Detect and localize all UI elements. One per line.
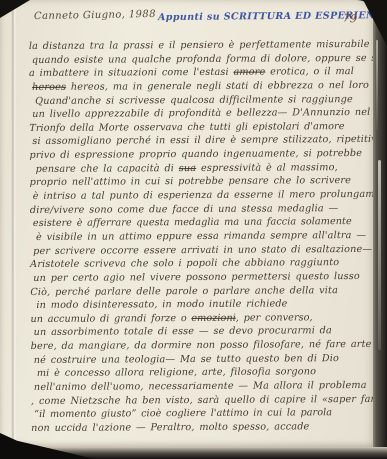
handwriting-lines: la distanza tra la prassi e il pensiero … <box>29 38 362 436</box>
book-edge-right <box>373 0 387 459</box>
notebook-photo: Canneto Giugno, 1988 Appunti su SCRITTUR… <box>0 0 387 459</box>
page-number: 79 <box>342 11 357 25</box>
notebook-page: Canneto Giugno, 1988 Appunti su SCRITTUR… <box>0 0 375 448</box>
binding-crease <box>11 0 16 448</box>
handwriting-line: non uccida l'azione — Peraltro, molto sp… <box>31 420 362 436</box>
page-stack-streak <box>378 160 381 350</box>
page-stack-streak <box>376 40 378 130</box>
date-heading: Canneto Giugno, 1988 <box>34 9 156 22</box>
